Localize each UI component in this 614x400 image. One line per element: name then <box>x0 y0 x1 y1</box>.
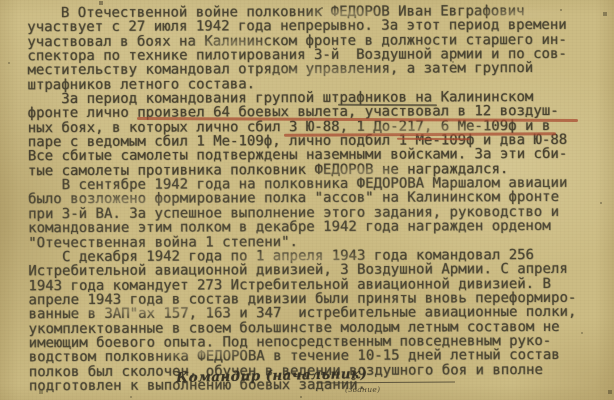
document-text: В Отечественной войне полковник ФЕДОРОВ … <box>27 4 589 394</box>
document-page: В Отечественной войне полковник ФЕДОРОВ … <box>0 0 614 400</box>
paragraph-division-command: С декабря 1942 года по 1 апреля 1943 год… <box>28 248 589 394</box>
paragraph-combat-sorties: За период командования группой штрафнико… <box>28 90 588 179</box>
paragraph-aces-regiment: В сентябре 1942 года на полковника ФЕДОР… <box>28 176 588 250</box>
paragraph-service-record: В Отечественной войне полковник ФЕДОРОВ … <box>27 4 587 93</box>
ink-specks <box>0 0 2 2</box>
